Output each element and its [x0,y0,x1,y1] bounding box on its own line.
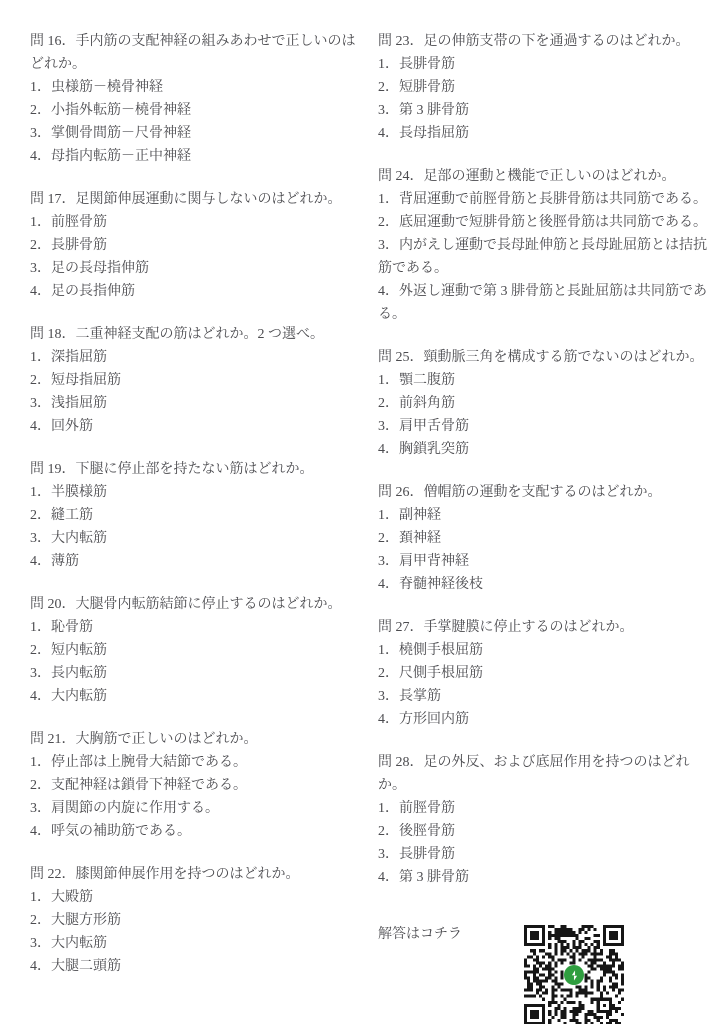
question-option: 1．虫様筋－橈骨神経 [30,76,366,99]
question-option: 1．停止部は上腕骨大結節である。 [30,751,366,774]
answer-link-label: 解答はコチラ [378,923,462,946]
question-option: 1．深指屈筋 [30,346,366,369]
question-option: 4．大内転筋 [30,685,366,708]
question-option: 1．前脛骨筋 [378,797,713,820]
question-option: 2．底屈運動で短腓骨筋と後脛骨筋は共同筋である。 [378,211,713,234]
question-option: 1．大殿筋 [30,886,366,909]
question-option: 1．前脛骨筋 [30,211,366,234]
question-block: 問 25．頸動脈三角を構成する筋でないのはどれか。1．顎二腹筋2．前斜角筋3．肩… [378,346,713,461]
question-option: 2．短腓骨筋 [378,76,713,99]
question-option: 4．母指内転筋－正中神経 [30,145,366,168]
question-header: 問 22．膝関節伸展作用を持つのはどれか。 [30,863,366,886]
question-block: 問 27．手掌腱膜に停止するのはどれか。1．橈側手根屈筋2．尺側手根屈筋3．長掌… [378,616,713,731]
question-option: 1．恥骨筋 [30,616,366,639]
question-option: 2．短内転筋 [30,639,366,662]
question-header: 問 19．下腿に停止部を持たない筋はどれか。 [30,458,366,481]
question-option: 1．長腓骨筋 [378,53,713,76]
question-option: 1．副神経 [378,504,713,527]
question-option: 2．小指外転筋－橈骨神経 [30,99,366,122]
question-option: 3．内がえし運動で長母趾伸筋と長母趾屈筋とは拮抗筋である。 [378,234,713,280]
question-block: 問 17．足関節伸展運動に関与しないのはどれか。1．前脛骨筋2．長腓骨筋3．足の… [30,188,366,303]
question-option: 4．胸鎖乳突筋 [378,438,713,461]
question-header: 問 20．大腿骨内転筋結節に停止するのはどれか。 [30,593,366,616]
question-header: 問 17．足関節伸展運動に関与しないのはどれか。 [30,188,366,211]
question-option: 3．長腓骨筋 [378,843,713,866]
question-option: 3．肩甲舌骨筋 [378,415,713,438]
question-option: 4．足の長指伸筋 [30,280,366,303]
question-block: 問 23．足の伸筋支帯の下を通過するのはどれか。1．長腓骨筋2．短腓骨筋3．第 … [378,30,713,145]
question-option: 3．第 3 腓骨筋 [378,99,713,122]
lightning-bolt-icon [568,969,581,982]
question-option: 2．頚神経 [378,527,713,550]
question-option: 3．肩関節の内旋に作用する。 [30,797,366,820]
question-option: 4．脊髄神経後枝 [378,573,713,596]
question-option: 3．浅指屈筋 [30,392,366,415]
qr-code [524,925,624,1024]
question-block: 問 20．大腿骨内転筋結節に停止するのはどれか。1．恥骨筋2．短内転筋3．長内転… [30,593,366,708]
question-block: 問 28．足の外反、および底屈作用を持つのはどれか。1．前脛骨筋2．後脛骨筋3．… [378,751,713,889]
question-block: 問 22．膝関節伸展作用を持つのはどれか。1．大殿筋2．大腿方形筋3．大内転筋4… [30,863,366,978]
question-option: 4．第 3 腓骨筋 [378,866,713,889]
question-header: 問 21．大胸筋で正しいのはどれか。 [30,728,366,751]
question-header: 問 26．僧帽筋の運動を支配するのはどれか。 [378,481,713,504]
question-option: 1．橈側手根屈筋 [378,639,713,662]
question-option: 3．大内転筋 [30,932,366,955]
question-option: 2．長腓骨筋 [30,234,366,257]
question-header: 問 28．足の外反、および底屈作用を持つのはどれか。 [378,751,713,797]
question-header: 問 23．足の伸筋支帯の下を通過するのはどれか。 [378,30,713,53]
question-block: 問 16．手内筋の支配神経の組みあわせで正しいのはどれか。1．虫様筋－橈骨神経2… [30,30,366,168]
question-option: 4．大腿二頭筋 [30,955,366,978]
question-header: 問 25．頸動脈三角を構成する筋でないのはどれか。 [378,346,713,369]
question-option: 3．掌側骨間筋－尺骨神経 [30,122,366,145]
question-option: 3．足の長母指伸筋 [30,257,366,280]
question-option: 4．回外筋 [30,415,366,438]
question-option: 4．方形回内筋 [378,708,713,731]
question-header: 問 24．足部の運動と機能で正しいのはどれか。 [378,165,713,188]
question-header: 問 18．二重神経支配の筋はどれか。2 つ選べ。 [30,323,366,346]
question-option: 3．長掌筋 [378,685,713,708]
question-option: 4．長母指屈筋 [378,122,713,145]
question-option: 4．呼気の補助筋である。 [30,820,366,843]
question-option: 1．顎二腹筋 [378,369,713,392]
question-option: 2．縫工筋 [30,504,366,527]
question-block: 問 21．大胸筋で正しいのはどれか。1．停止部は上腕骨大結節である。2．支配神経… [30,728,366,843]
question-option: 3．長内転筋 [30,662,366,685]
question-header: 問 16．手内筋の支配神経の組みあわせで正しいのはどれか。 [30,30,366,76]
question-column-right: 問 23．足の伸筋支帯の下を通過するのはどれか。1．長腓骨筋2．短腓骨筋3．第 … [378,30,713,1024]
question-option: 2．前斜角筋 [378,392,713,415]
question-column-left: 問 16．手内筋の支配神経の組みあわせで正しいのはどれか。1．虫様筋－橈骨神経2… [30,30,366,998]
question-option: 4．外返し運動で第 3 腓骨筋と長趾屈筋は共同筋である。 [378,280,713,326]
question-option: 1．背屈運動で前脛骨筋と長腓骨筋は共同筋である。 [378,188,713,211]
question-option: 2．後脛骨筋 [378,820,713,843]
question-option: 1．半膜様筋 [30,481,366,504]
question-header: 問 27．手掌腱膜に停止するのはどれか。 [378,616,713,639]
question-option: 2．短母指屈筋 [30,369,366,392]
question-option: 3．大内転筋 [30,527,366,550]
question-option: 2．尺側手根屈筋 [378,662,713,685]
question-option: 4．薄筋 [30,550,366,573]
question-block: 問 26．僧帽筋の運動を支配するのはどれか。1．副神経2．頚神経3．肩甲背神経4… [378,481,713,596]
question-block: 問 24．足部の運動と機能で正しいのはどれか。1．背屈運動で前脛骨筋と長腓骨筋は… [378,165,713,326]
question-block: 問 18．二重神経支配の筋はどれか。2 つ選べ。1．深指屈筋2．短母指屈筋3．浅… [30,323,366,438]
answer-footer: 解答はコチラ [378,923,713,1024]
question-option: 3．肩甲背神経 [378,550,713,573]
question-option: 2．大腿方形筋 [30,909,366,932]
qr-center-logo [564,965,584,985]
worksheet-page: { "page": { "background": "#ffffff", "te… [0,0,713,1024]
question-block: 問 19．下腿に停止部を持たない筋はどれか。1．半膜様筋2．縫工筋3．大内転筋4… [30,458,366,573]
question-option: 2．支配神経は鎖骨下神経である。 [30,774,366,797]
